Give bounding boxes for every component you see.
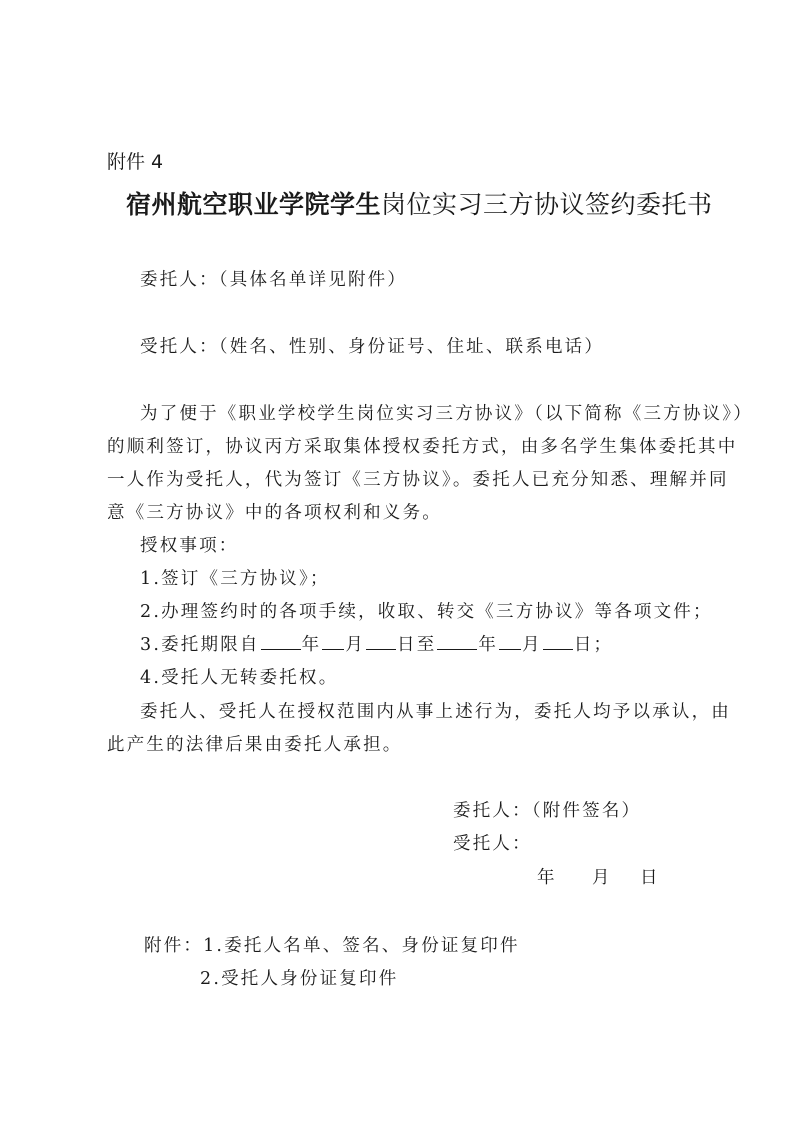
end-day-label: 日；: [574, 635, 613, 655]
principal-line: 委托人：（具体名单详见附件）: [140, 266, 407, 291]
signature-principal: 委托人：（附件签名）: [453, 797, 641, 822]
end-day-blank[interactable]: [543, 635, 573, 650]
authorization-item-2: 2.办理签约时的各项手续，收取、转交《三方协议》等各项文件；: [140, 598, 713, 623]
attachment-line-2: 2.受托人身份证复印件: [200, 965, 398, 990]
intro-line-2: 的顺利签订，协议丙方采取集体授权委托方式，由多名学生集体委托其中: [107, 433, 737, 458]
start-year-label: 年: [302, 635, 322, 655]
end-month-label: 月: [522, 635, 542, 655]
attachment-line-1: 附件：1.委托人名单、签名、身份证复印件: [144, 932, 520, 957]
start-month-label: 月: [345, 635, 365, 655]
authorization-item-1: 1.签订《三方协议》；: [140, 565, 330, 590]
intro-line-1: 为了便于《职业学校学生岗位实习三方协议》（以下简称《三方协议》）: [140, 400, 753, 425]
intro-line-3: 一人作为受托人，代为签订《三方协议》。委托人已充分知悉、理解并同: [107, 466, 729, 491]
start-day-blank[interactable]: [366, 635, 396, 650]
authorization-heading: 授权事项：: [140, 532, 239, 557]
end-year-label: 年: [478, 635, 498, 655]
agent-line: 受托人：（姓名、性别、身份证号、住址、联系电话）: [140, 333, 604, 358]
authorization-item-3: 3.委托期限自年月日至年月日；: [140, 631, 613, 656]
acknowledgement-line-1: 委托人、受托人在授权范围内从事上述行为，委托人均予以承认，由: [140, 698, 731, 723]
signature-agent: 受托人：: [453, 830, 532, 855]
term-prefix: 3.委托期限自: [140, 635, 260, 655]
signature-year: 年: [537, 864, 557, 889]
title-bold-part: 宿州航空职业学院学生: [126, 190, 381, 219]
acknowledgement-line-2: 此产生的法律后果由委托人承担。: [107, 731, 403, 756]
signature-month: 月: [592, 864, 612, 889]
end-year-blank[interactable]: [437, 635, 477, 650]
signature-day: 日: [640, 864, 660, 889]
authorization-item-4: 4.受托人无转委托权。: [140, 664, 338, 689]
start-month-blank[interactable]: [322, 635, 344, 650]
title-normal-part: 岗位实习三方协议签约委托书: [381, 190, 713, 219]
start-year-blank[interactable]: [261, 635, 301, 650]
document-title: 宿州航空职业学院学生岗位实习三方协议签约委托书: [126, 185, 713, 221]
start-day-label: 日至: [397, 635, 436, 655]
intro-line-4: 意《三方协议》中的各项权利和义务。: [107, 499, 442, 524]
end-month-blank[interactable]: [499, 635, 521, 650]
annex-label: 附件 4: [107, 147, 163, 174]
